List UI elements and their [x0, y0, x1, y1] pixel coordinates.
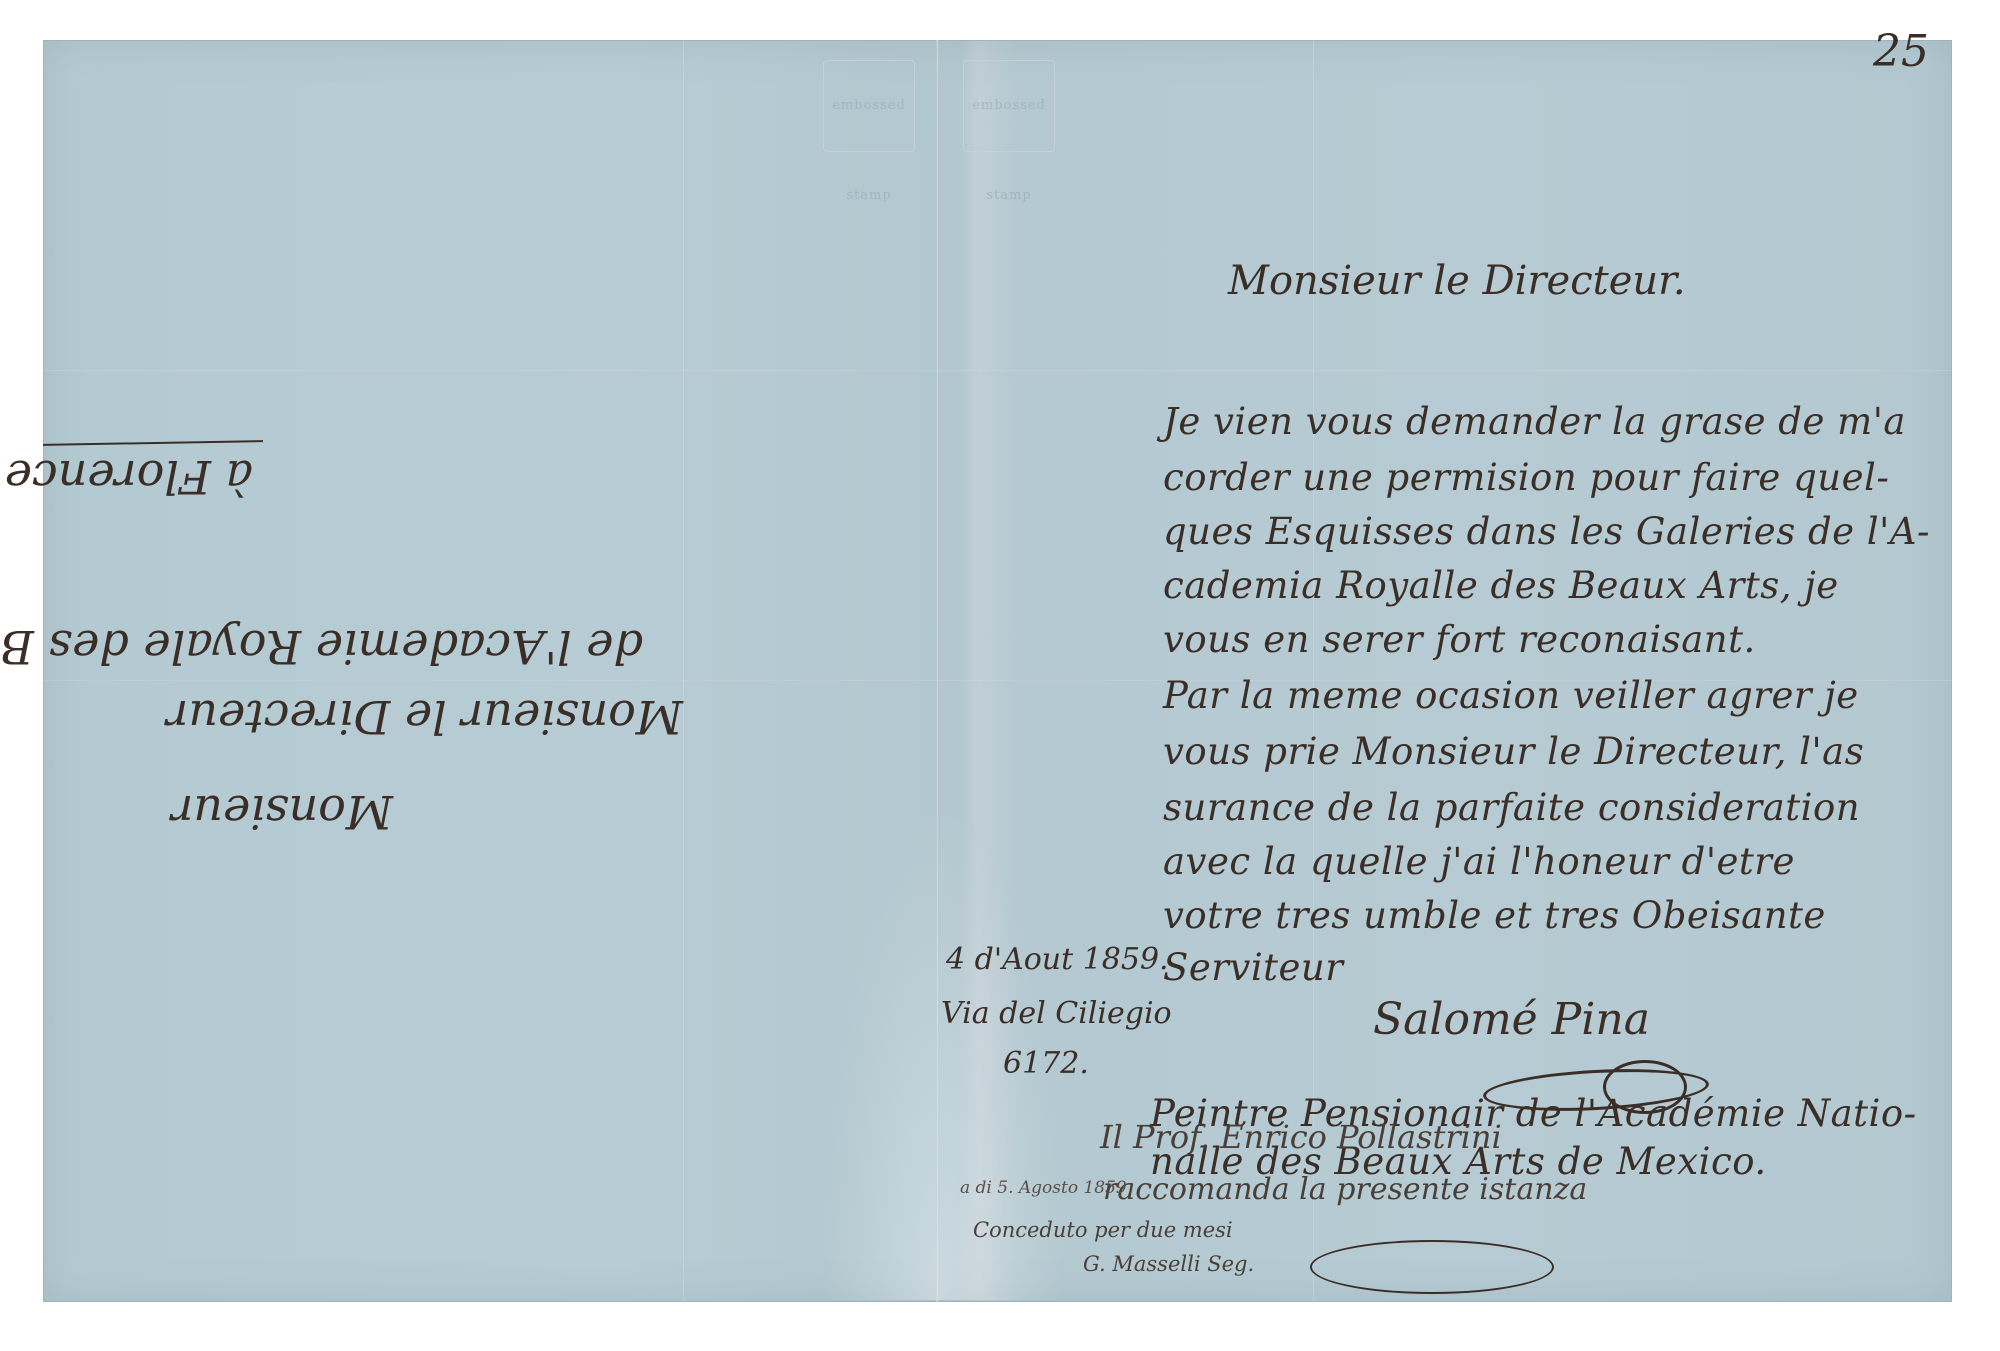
address-line-monsieur: Monsieur: [103, 785, 393, 839]
body-line: votre tres umble et tres Obeisante: [1163, 894, 1826, 937]
paper-crease: [683, 40, 684, 1302]
granted-signature: G. Masselli Seg.: [1083, 1252, 1254, 1276]
margin-number: 6172.: [1003, 1046, 1089, 1081]
body-line: corder une permision pour faire quel-: [1163, 456, 1889, 499]
blind-stamp-left: embossed stamp: [823, 60, 915, 152]
address-line-director: Monsieur le Directeur: [83, 690, 683, 744]
page-number: 25: [1873, 26, 1929, 77]
body-line: avec la quelle j'ai l'honeur d'etre: [1163, 840, 1795, 883]
granted-note: Conceduto per due mesi: [973, 1218, 1233, 1242]
recommendation-line: raccomanda la presente istanza: [1103, 1172, 1587, 1207]
margin-street: Via del Ciliegio: [941, 996, 1172, 1031]
signature: Salomé Pina: [1373, 994, 1650, 1045]
annotation-date: a di 5. Agosto 1859: [960, 1178, 1127, 1198]
paper-crease: [43, 370, 1952, 371]
body-line: surance de la parfaite consideration: [1163, 786, 1860, 829]
margin-date: 4 d'Aout 1859.: [946, 942, 1169, 977]
body-line: Serviteur: [1163, 946, 1343, 989]
body-line: cademia Royalle des Beaux Arts, je: [1163, 564, 1839, 607]
address-rule: [43, 440, 263, 446]
body-line: Je vien vous demander la grase de m'a: [1163, 400, 1906, 443]
body-line: vous prie Monsieur le Directeur, l'as: [1163, 730, 1864, 773]
salutation: Monsieur le Directeur.: [1228, 258, 1686, 304]
body-line: Par la meme ocasion veiller agrer je: [1163, 674, 1859, 717]
address-line-academy: de l'Academie Royale des Be: [33, 620, 643, 674]
body-line: vous en serer fort reconaisant.: [1163, 618, 1756, 661]
body-line: ques Esquisses dans les Galeries de l'A-: [1163, 510, 1930, 553]
letter-sheet: embossed stamp embossed stamp 25 à Flore…: [43, 40, 1952, 1302]
blind-stamp-right: embossed stamp: [963, 60, 1055, 152]
address-line-florence: à Florence: [43, 450, 253, 504]
recommendation-line: Il Prof. Enrico Pollastrini: [1100, 1118, 1502, 1156]
annotation-flourish: [1310, 1240, 1554, 1294]
